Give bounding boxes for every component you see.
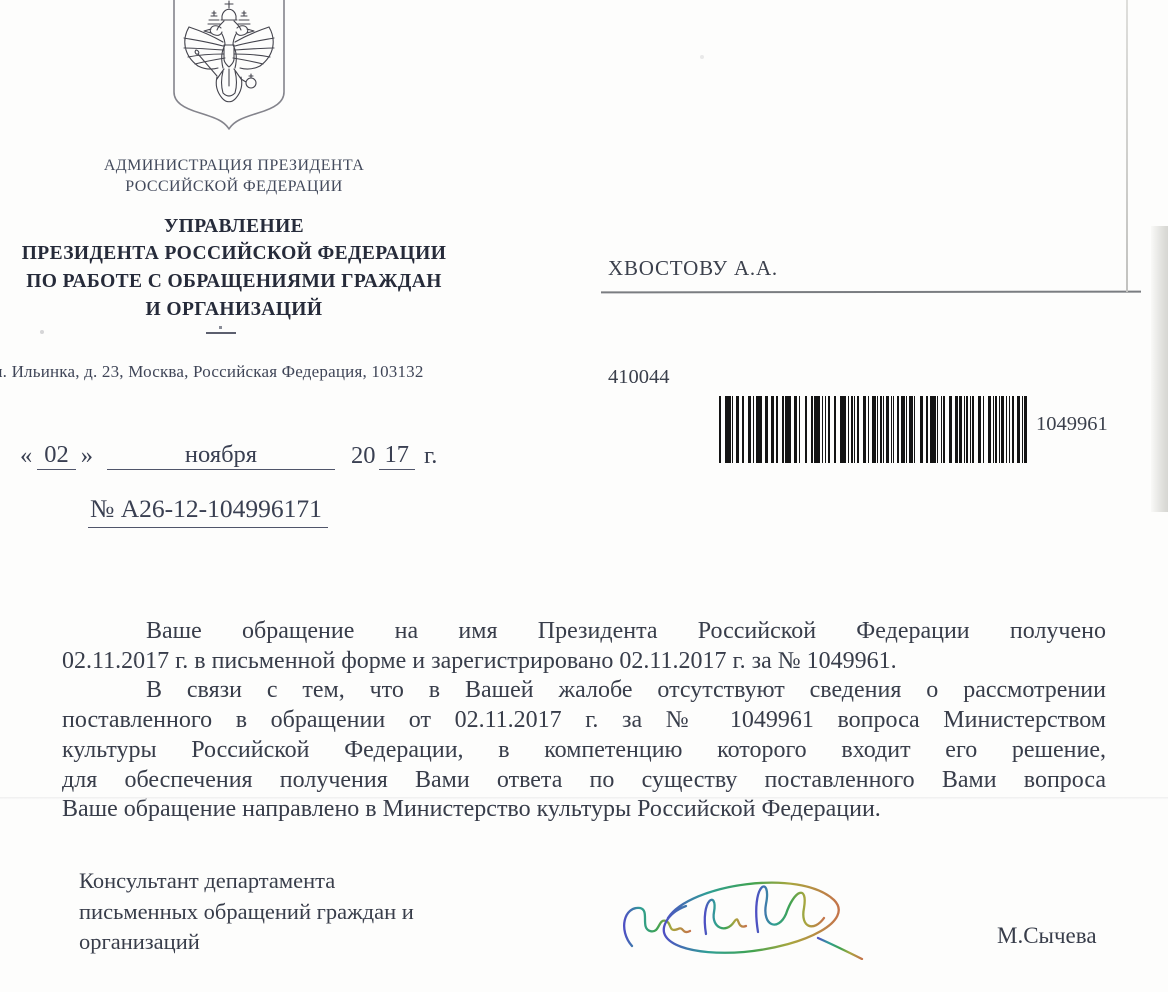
letterhead-dept-line-2: ПРЕЗИДЕНТА РОССИЙСКОЙ ФЕДЕРАЦИИ — [10, 243, 458, 265]
date-day: 02 — [37, 441, 76, 470]
letterhead-dept-line-4: И ОРГАНИЗАЦИЙ — [10, 299, 458, 321]
date-month: ноября — [107, 441, 335, 470]
letter-body: Ваше обращение на имя Президента Российс… — [62, 617, 1106, 825]
signer-post-line-2: письменных обращений граждан и — [79, 897, 509, 928]
letterhead-admin-line-2: РОССИЙСКОЙ ФЕДЕРАЦИИ — [10, 176, 458, 197]
letterhead-divider-dash — [206, 332, 236, 334]
recipient-name: ХВОСТОВУ А.А. — [608, 256, 778, 281]
scan-speck — [133, 657, 137, 661]
date-close-quote: » — [81, 442, 93, 470]
body-line: для обеспечения получения Вами ответа по… — [62, 766, 1106, 796]
letterhead-dept-line-1: УПРАВЛЕНИЕ — [10, 216, 458, 238]
body-line: Ваше обращение на имя Президента Российс… — [62, 617, 1106, 647]
postal-code: 410044 — [608, 366, 670, 389]
body-line: культуры Российской Федерации, в компете… — [62, 736, 1106, 766]
date-century: 20 — [351, 442, 376, 470]
registration-number: 1049961 — [1036, 413, 1108, 436]
date-year-suffix: г. — [424, 442, 437, 470]
coat-of-arms-icon — [171, 0, 287, 134]
scanned-letter-page: АДМИНИСТРАЦИЯ ПРЕЗИДЕНТА РОССИЙСКОЙ ФЕДЕ… — [0, 0, 1168, 992]
signer-post-line-3: организаций — [79, 927, 509, 958]
label-right-edge — [1126, 0, 1128, 292]
body-line: В связи с тем, что в Вашей жалобе отсутс… — [62, 676, 1106, 706]
signer-post-line-1: Консультант департамента — [79, 866, 509, 897]
scan-fold-line — [0, 797, 1168, 800]
scan-speck — [700, 55, 704, 59]
body-line: поставленного в обращении от 02.11.2017 … — [62, 706, 1106, 736]
reference-number-value: А26-12-104996171 — [121, 494, 322, 523]
date-year: 17 — [379, 441, 416, 470]
signer-post: Консультант департамента письменных обра… — [79, 866, 509, 958]
barcode-icon — [719, 396, 1027, 463]
scan-speck — [40, 330, 44, 334]
number-sign: № — [90, 494, 114, 523]
paper-edge-shadow — [1151, 226, 1168, 512]
body-line: 02.11.2017 г. в письменной форме и зарег… — [62, 647, 1106, 677]
signer-name: М.Сычева — [997, 923, 1097, 949]
handwritten-signature — [612, 856, 867, 960]
letterhead-address: л. Ильинка, д. 23, Москва, Российская Фе… — [0, 362, 474, 382]
label-bottom-edge — [601, 291, 1141, 294]
letterhead-dept-line-3: ПО РАБОТЕ С ОБРАЩЕНИЯМИ ГРАЖДАН — [10, 271, 458, 293]
letterhead-admin-line-1: АДМИНИСТРАЦИЯ ПРЕЗИДЕНТА — [10, 155, 458, 176]
date-line: « 02 » ноября 20 17 г. — [20, 441, 437, 470]
date-open-quote: « — [20, 442, 32, 470]
reference-number: № А26-12-104996171 — [88, 494, 328, 528]
